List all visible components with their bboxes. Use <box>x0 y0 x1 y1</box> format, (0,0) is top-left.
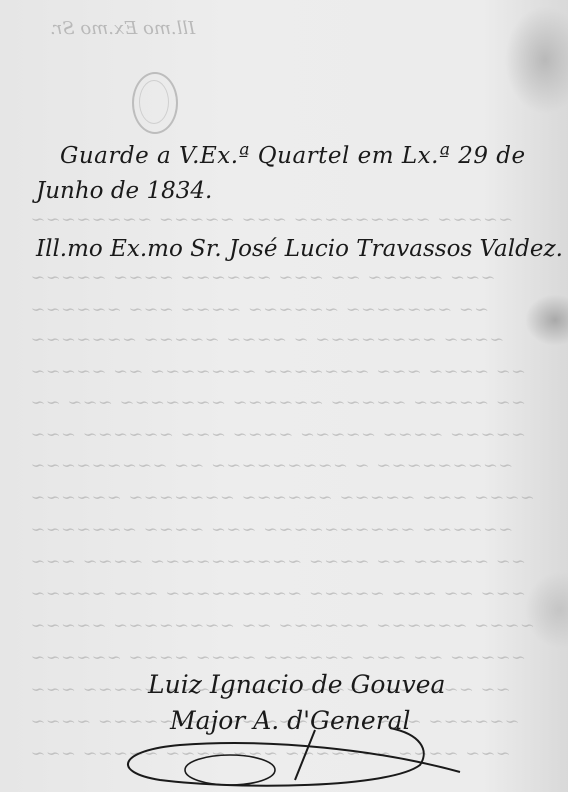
bleed-through-line: ∼∼∼ ∼∼ ∼∼∼ ∼∼∼∼∼ ∼∼∼∼∼∼∼∼∼ ∼∼∼ ∼∼∼∼∼ <box>27 584 529 604</box>
closing-line-1: Guarde a V.Ex.ª Quartel em Lx.ª 29 de <box>60 143 526 169</box>
bleed-through-line: ∼∼∼ ∼∼∼∼∼ ∼∼ ∼∼∼ ∼∼∼∼∼∼ ∼∼∼∼ ∼∼∼∼∼ <box>27 268 499 288</box>
bleed-through-line: ∼∼∼∼∼∼ ∼∼∼∼∼∼∼∼∼∼ ∼∼∼ ∼∼∼∼ ∼∼∼∼∼∼∼ <box>27 520 516 540</box>
bleed-through-line: ∼∼ ∼∼∼∼∼ ∼∼∼∼∼ ∼∼∼∼∼∼ ∼∼∼∼∼∼∼ ∼∼∼ ∼∼ <box>27 393 529 413</box>
bleed-through-line: ∼∼ ∼∼∼∼∼ ∼∼ ∼∼∼∼ ∼∼∼∼∼∼∼∼∼∼ ∼∼∼∼ ∼∼∼ <box>27 552 529 572</box>
signature-flourish <box>120 720 520 792</box>
addressee-line: Ill.mo Ex.mo Sr. José Lucio Travassos Va… <box>36 236 563 262</box>
bleed-through-line: ∼∼∼∼ ∼∼∼∼∼∼∼∼ ∼ ∼∼∼∼ ∼∼∼∼∼ ∼∼∼∼∼∼∼ <box>27 330 508 350</box>
bleed-through-header: Ill.mo Ex.mo Sr. <box>50 18 195 39</box>
bleed-through-line: ∼∼ ∼∼∼∼∼∼∼ ∼∼∼∼∼∼ ∼∼∼∼ ∼∼∼ ∼∼∼∼∼∼ <box>27 300 492 320</box>
bleed-through-line: ∼∼∼∼∼ ∼∼ ∼∼∼ ∼∼∼∼∼∼ ∼∼∼∼ ∼∼∼∼ ∼∼∼∼∼∼ <box>27 648 529 668</box>
manuscript-page: Ill.mo Ex.mo Sr. ∼∼∼ ∼∼∼∼∼ ∼∼ ∼∼∼ ∼∼∼∼∼∼… <box>0 0 568 792</box>
bleed-through-line: ∼∼∼∼ ∼∼∼∼∼∼ ∼∼∼∼∼∼ ∼∼ ∼∼∼∼∼∼∼∼ ∼∼∼∼∼ <box>27 616 538 636</box>
bleed-through-line: ∼∼∼∼∼ ∼∼∼∼∼∼∼∼∼ ∼∼∼ ∼∼∼∼∼ ∼∼∼∼∼∼∼∼ <box>27 210 516 230</box>
closing-line-2-date: Junho de 1834. <box>36 178 212 204</box>
signature-name: Luiz Ignacio de Gouvea <box>148 670 445 699</box>
oval-stamp <box>132 72 178 134</box>
bleed-through-line: ∼∼ ∼∼∼∼ ∼∼∼ ∼∼∼∼∼∼∼ ∼∼∼∼∼∼∼ ∼∼ ∼∼∼∼∼ <box>27 362 529 382</box>
bleed-through-line: ∼∼∼∼ ∼∼∼ ∼∼∼∼∼ ∼∼∼∼∼∼ ∼∼∼∼∼∼∼ ∼∼∼∼∼∼ <box>27 488 538 508</box>
bleed-through-line: ∼∼∼∼∼ ∼∼∼∼ ∼∼∼∼∼ ∼∼∼∼ ∼∼∼ ∼∼∼∼∼∼ ∼∼∼ <box>27 425 529 445</box>
bleed-through-line: ∼∼∼∼∼∼∼∼∼ ∼ ∼∼∼∼∼∼∼∼∼ ∼∼ ∼∼∼∼∼∼∼∼∼ <box>27 456 516 476</box>
